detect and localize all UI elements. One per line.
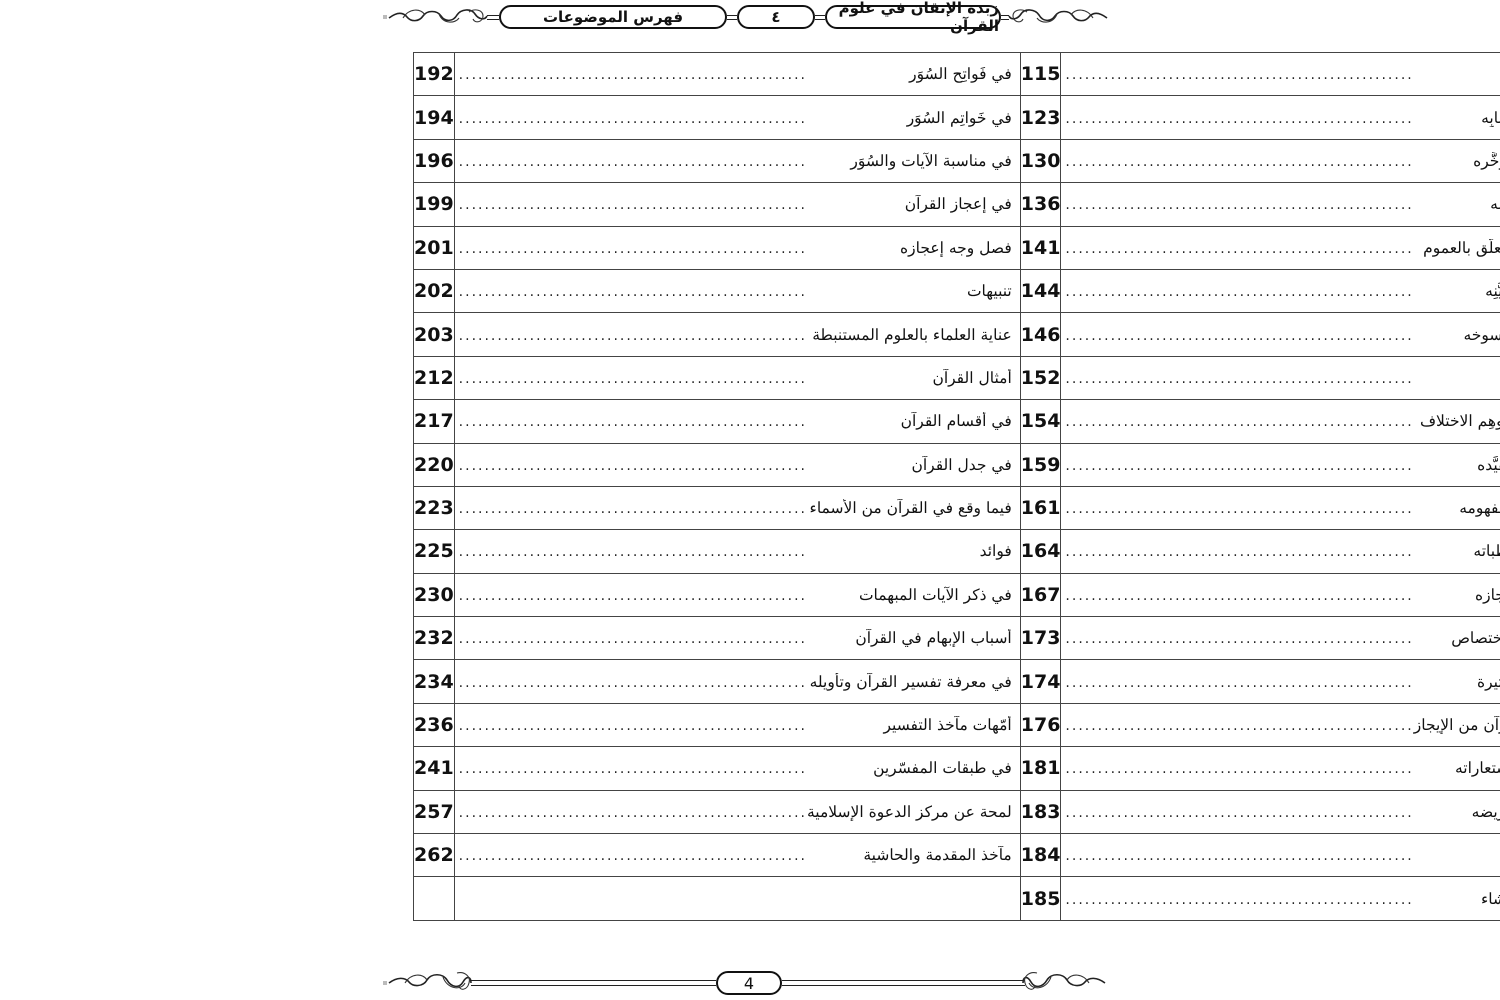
toc-entry: عناية العلماء بالعلوم المستنبطة.........… bbox=[455, 326, 1020, 344]
table-row: 202تنبيهات..............................… bbox=[414, 269, 1500, 312]
left-page-number: 257 bbox=[414, 790, 455, 833]
toc-entry-cell: في جدل القرآن...........................… bbox=[454, 443, 1020, 486]
left-page-number: 192 bbox=[414, 53, 455, 96]
left-entry-title: فصل وجه إعجازه bbox=[900, 239, 1012, 257]
dot-leader: ........................................… bbox=[459, 241, 900, 257]
right-entry-title: فروع منثورة تتعلّق بالعموم bbox=[1423, 239, 1500, 257]
right-page-number: 159 bbox=[1020, 443, 1061, 486]
toc-entry: في طبقات المفسّرين......................… bbox=[455, 759, 1020, 777]
left-entry-title: في أقسام القرآن bbox=[901, 412, 1012, 430]
toc-entry-cell: معرفة إعرابه............................… bbox=[1061, 53, 1500, 96]
toc-entry-cell: في الحصر والاختصاص......................… bbox=[1061, 617, 1500, 660]
left-entry-title: في مناسبة الآيات والسُوَر bbox=[850, 152, 1011, 170]
right-page-number: 152 bbox=[1020, 356, 1061, 399]
left-page-number: 202 bbox=[414, 269, 455, 312]
toc-entry: أسباب الإبهام في القرآن.................… bbox=[455, 629, 1020, 647]
right-page-number: 164 bbox=[1020, 530, 1061, 573]
toc-entry-cell: أمثال القرآن............................… bbox=[454, 356, 1020, 399]
toc-entry: في مناسبة الآيات والسُوَر...............… bbox=[455, 152, 1020, 170]
dot-leader: ........................................… bbox=[1065, 241, 1423, 257]
table-row: 223فيما وقع في القرآن من الأسماء........… bbox=[414, 486, 1500, 529]
right-entry-title: في مُجمَلِه ومُبيَّنِه bbox=[1485, 282, 1500, 300]
toc-entry-cell: في وجوه مخاطباته........................… bbox=[1061, 530, 1500, 573]
toc-entry: المُحكَم والمُتَشَابِه..................… bbox=[1061, 109, 1500, 127]
right-page-number: 141 bbox=[1020, 226, 1061, 269]
dot-leader: ........................................… bbox=[1065, 544, 1473, 560]
left-page-number: 220 bbox=[414, 443, 455, 486]
left-page-number: 225 bbox=[414, 530, 455, 573]
right-page-number: 181 bbox=[1020, 747, 1061, 790]
toc-entry-cell: في ذكر الآيات المبهمات..................… bbox=[454, 573, 1020, 616]
dot-leader: ........................................… bbox=[459, 284, 967, 300]
toc-entry: في مُشكِله ومُوهِم الاختلاف.............… bbox=[1061, 412, 1500, 430]
left-entry-title: في فَواتِح السُوَر bbox=[909, 65, 1012, 83]
toc-entry-cell: ما جاء في القرآن من الإيجاز.............… bbox=[1061, 703, 1500, 746]
right-entry-title: في حقيقته ومجازه bbox=[1475, 586, 1500, 604]
toc-entry: في مُجمَلِه ومُبيَّنِه..................… bbox=[1061, 282, 1500, 300]
dot-leader: ........................................… bbox=[459, 848, 864, 864]
toc-entry-cell: في معرفة تفسير القرآن وتأويله...........… bbox=[454, 660, 1020, 703]
right-page-number: 123 bbox=[1020, 96, 1061, 139]
right-page-number: 185 bbox=[1020, 877, 1061, 920]
left-page-number: 230 bbox=[414, 573, 455, 616]
toc-entry-cell: فوائد منثورة............................… bbox=[1061, 356, 1500, 399]
left-entry-title: عناية العلماء بالعلوم المستنبطة bbox=[812, 326, 1012, 344]
left-entry-title: لمحة عن مركز الدعوة الإسلامية bbox=[807, 803, 1012, 821]
left-page-number: 203 bbox=[414, 313, 455, 356]
toc-entry: في الحصر والاختصاص......................… bbox=[1061, 629, 1500, 647]
footer-left-ornament-icon bbox=[383, 969, 473, 995]
dot-leader: ........................................… bbox=[459, 675, 810, 691]
footer-page-number: 4 bbox=[716, 971, 782, 995]
toc-entry: طرق الحصر كثيرة.........................… bbox=[1061, 673, 1500, 691]
toc-entry-cell: في تشبيهه واستعاراته....................… bbox=[1061, 747, 1500, 790]
left-page-number: 194 bbox=[414, 96, 455, 139]
right-entry-title: في ناسخه ومنسوخه bbox=[1463, 326, 1500, 344]
dot-leader: ........................................… bbox=[459, 328, 813, 344]
dot-leader: ........................................… bbox=[1065, 111, 1481, 127]
toc-entry-cell: في الخبر والإنشاء.......................… bbox=[1061, 877, 1500, 920]
right-page-number: 115 bbox=[1020, 53, 1061, 96]
dot-leader: ........................................… bbox=[1065, 805, 1471, 821]
toc-entry-cell: تنبيهات.................................… bbox=[454, 269, 1020, 312]
left-entry-title: في ذكر الآيات المبهمات bbox=[859, 586, 1012, 604]
toc-entry: فروع منثورة تتعلّق بالعموم..............… bbox=[1061, 239, 1500, 257]
right-entry-title: المُحكَم والمُتَشَابِه bbox=[1481, 109, 1500, 127]
dot-leader: ........................................… bbox=[1065, 414, 1420, 430]
dot-leader: ........................................… bbox=[459, 67, 910, 83]
table-row: 262مآخذ المقدمة والحاشية................… bbox=[414, 834, 1500, 877]
left-entry-title: فوائد bbox=[980, 542, 1012, 560]
dot-leader: ........................................… bbox=[1065, 588, 1475, 604]
toc-entry: معرفة إعرابه............................… bbox=[1061, 65, 1500, 83]
right-page-number: 144 bbox=[1020, 269, 1061, 312]
toc-entry: فوائد...................................… bbox=[455, 542, 1020, 560]
toc-entry-cell: مآخذ المقدمة والحاشية...................… bbox=[454, 834, 1020, 877]
page-header: فهرس الموضوعات ٤ زبدة الإتقان في علوم ال… bbox=[383, 2, 1111, 32]
right-entry-title: في مقدَّمه ومؤخَّره bbox=[1473, 152, 1500, 170]
left-page-number: 234 bbox=[414, 660, 455, 703]
left-page-number: 199 bbox=[414, 183, 455, 226]
right-entry-title: في مُشكِله ومُوهِم الاختلاف bbox=[1420, 412, 1500, 430]
right-page-number: 184 bbox=[1020, 834, 1061, 877]
table-row: 212أمثال القرآن.........................… bbox=[414, 356, 1500, 399]
dot-leader: ........................................… bbox=[459, 588, 859, 604]
right-entry-title: في وجوه مخاطباته bbox=[1473, 542, 1500, 560]
left-page-number bbox=[414, 877, 455, 920]
right-page-number: 154 bbox=[1020, 400, 1061, 443]
dot-leader: ........................................… bbox=[1065, 284, 1485, 300]
right-page-number: 146 bbox=[1020, 313, 1061, 356]
table-row: 185في الخبر والإنشاء....................… bbox=[414, 877, 1500, 920]
toc-entry: مآخذ المقدمة والحاشية...................… bbox=[455, 846, 1020, 864]
left-entry-title: أمثال القرآن bbox=[932, 369, 1011, 387]
toc-entry-cell: في طبقات المفسّرين......................… bbox=[454, 747, 1020, 790]
toc-entry: في جدل القرآن...........................… bbox=[455, 456, 1020, 474]
toc-entry-cell: فوائد...................................… bbox=[454, 530, 1020, 573]
dot-leader: ........................................… bbox=[1065, 328, 1463, 344]
header-page-number: ٤ bbox=[737, 5, 815, 29]
dot-leader: ........................................… bbox=[459, 371, 933, 387]
dot-leader: ........................................… bbox=[459, 544, 980, 560]
toc-entry: في أقسام القرآن.........................… bbox=[455, 412, 1020, 430]
toc-entry: في حقيقته ومجازه........................… bbox=[1061, 586, 1500, 604]
table-row: 194في خَواتِم السُوَر...................… bbox=[414, 96, 1500, 139]
toc-entry-cell: أسباب الإبهام في القرآن.................… bbox=[454, 617, 1020, 660]
dot-leader: ........................................… bbox=[459, 501, 810, 517]
left-page-number: 232 bbox=[414, 617, 455, 660]
left-page-number: 201 bbox=[414, 226, 455, 269]
right-page-number: 130 bbox=[1020, 139, 1061, 182]
dot-leader: ........................................… bbox=[459, 414, 901, 430]
dot-leader: ........................................… bbox=[459, 718, 884, 734]
left-ornament-icon bbox=[383, 6, 493, 28]
table-row: 241في طبقات المفسّرين...................… bbox=[414, 747, 1500, 790]
left-entry-title: فيما وقع في القرآن من الأسماء bbox=[810, 499, 1012, 517]
dot-leader: ........................................… bbox=[459, 458, 912, 474]
toc-entry: في كناياته وتعريضه......................… bbox=[1061, 803, 1500, 821]
toc-entry: تنبيهات.................................… bbox=[455, 282, 1020, 300]
toc-entry: في عامّه وخاصّه.........................… bbox=[1061, 195, 1500, 213]
dot-leader: ........................................… bbox=[459, 154, 851, 170]
toc-entry-cell: في مُجمَلِه ومُبيَّنِه..................… bbox=[1061, 269, 1500, 312]
toc-entry-cell: في خَواتِم السُوَر......................… bbox=[454, 96, 1020, 139]
dot-leader: ........................................… bbox=[1065, 761, 1455, 777]
book-title: زبدة الإتقان في علوم القرآن bbox=[825, 5, 1001, 29]
left-page-number: 212 bbox=[414, 356, 455, 399]
toc-entry-cell: أُمّهات مآخذ التفسير....................… bbox=[454, 703, 1020, 746]
toc-entry-cell: المُحكَم والمُتَشَابِه..................… bbox=[1061, 96, 1500, 139]
dot-leader: ........................................… bbox=[1065, 718, 1413, 734]
toc-entry-cell: عناية العلماء بالعلوم المستنبطة.........… bbox=[454, 313, 1020, 356]
toc-entry: ما جاء في القرآن من الإيجاز.............… bbox=[1061, 716, 1500, 734]
toc-entry: فوائد منثورة............................… bbox=[1061, 369, 1500, 387]
right-page-number: 161 bbox=[1020, 486, 1061, 529]
toc-entry-cell: لمحة عن مركز الدعوة الإسلامية...........… bbox=[454, 790, 1020, 833]
table-row: 236أُمّهات مآخذ التفسير.................… bbox=[414, 703, 1500, 746]
dot-leader: ........................................… bbox=[1065, 458, 1477, 474]
table-row: 225فوائد................................… bbox=[414, 530, 1500, 573]
right-page-number: 176 bbox=[1020, 703, 1061, 746]
left-entry-title: في إعجاز القرآن bbox=[905, 195, 1012, 213]
left-page-number: 241 bbox=[414, 747, 455, 790]
dot-leader: ........................................… bbox=[1065, 892, 1481, 908]
right-page-number: 173 bbox=[1020, 617, 1061, 660]
toc-entry: التعريض.................................… bbox=[1061, 846, 1500, 864]
toc-entry: أُمّهات مآخذ التفسير....................… bbox=[455, 716, 1020, 734]
toc-entry-cell: في مُطلَقِه ومُقيَّده...................… bbox=[1061, 443, 1500, 486]
page-footer: 4 bbox=[383, 967, 1111, 997]
toc-entry-cell: في مقدَّمه ومؤخَّره.....................… bbox=[1061, 139, 1500, 182]
toc-entry: في الخبر والإنشاء.......................… bbox=[1061, 890, 1500, 908]
left-entry-title: تنبيهات bbox=[967, 282, 1012, 300]
toc-entry-cell: في مُشكِله ومُوهِم الاختلاف.............… bbox=[1061, 400, 1500, 443]
right-entry-title: في مُطلَقِه ومُقيَّده bbox=[1477, 456, 1500, 474]
dot-leader: ........................................… bbox=[1065, 631, 1451, 647]
left-page-number: 217 bbox=[414, 400, 455, 443]
toc-entry-cell: في إعجاز القرآن.........................… bbox=[454, 183, 1020, 226]
toc-entry: في إعجاز القرآن.........................… bbox=[455, 195, 1020, 213]
dot-leader: ........................................… bbox=[459, 805, 807, 821]
toc-entry: في ذكر الآيات المبهمات..................… bbox=[455, 586, 1020, 604]
left-entry-title: أُمّهات مآخذ التفسير bbox=[883, 716, 1011, 734]
right-entry-title: في الحصر والاختصاص bbox=[1451, 629, 1500, 647]
toc-entry-cell: في منطوقه ومفهومه.......................… bbox=[1061, 486, 1500, 529]
toc-entry: في تشبيهه واستعاراته....................… bbox=[1061, 759, 1500, 777]
table-row: 234في معرفة تفسير القرآن وتأويله........… bbox=[414, 660, 1500, 703]
dot-leader: ........................................… bbox=[1065, 154, 1473, 170]
dot-leader: ........................................… bbox=[459, 761, 873, 777]
toc-entry-cell: التعريض.................................… bbox=[1061, 834, 1500, 877]
toc-entry-cell: في عامّه وخاصّه.........................… bbox=[1061, 183, 1500, 226]
toc-entry: لمحة عن مركز الدعوة الإسلامية...........… bbox=[455, 803, 1020, 821]
toc-entry-cell: في ناسخه ومنسوخه........................… bbox=[1061, 313, 1500, 356]
toc-entry: في ناسخه ومنسوخه........................… bbox=[1061, 326, 1500, 344]
toc-entry: فيما وقع في القرآن من الأسماء...........… bbox=[455, 499, 1020, 517]
left-entry-title: في خَواتِم السُوَر bbox=[907, 109, 1012, 127]
dot-leader: ........................................… bbox=[1065, 501, 1459, 517]
table-row: 217في أقسام القرآن......................… bbox=[414, 400, 1500, 443]
right-entry-title: في كناياته وتعريضه bbox=[1472, 803, 1500, 821]
toc-entry: في وجوه مخاطباته........................… bbox=[1061, 542, 1500, 560]
dot-leader: ........................................… bbox=[459, 111, 907, 127]
toc-entry: في منطوقه ومفهومه.......................… bbox=[1061, 499, 1500, 517]
dot-leader: ........................................… bbox=[1065, 848, 1500, 864]
toc-entry: فصل وجه إعجازه..........................… bbox=[455, 239, 1020, 257]
right-entry-title: في منطوقه ومفهومه bbox=[1459, 499, 1500, 517]
dot-leader: ........................................… bbox=[459, 197, 905, 213]
left-page-number: 262 bbox=[414, 834, 455, 877]
dot-leader: ........................................… bbox=[1065, 675, 1477, 691]
left-entry-title: مآخذ المقدمة والحاشية bbox=[863, 846, 1011, 864]
toc-entry-cell: في مناسبة الآيات والسُوَر...............… bbox=[454, 139, 1020, 182]
dot-leader: ........................................… bbox=[459, 631, 856, 647]
table-row: 196في مناسبة الآيات والسُوَر............… bbox=[414, 139, 1500, 182]
footer-right-ornament-icon bbox=[1021, 969, 1111, 995]
toc-entry: في مقدَّمه ومؤخَّره.....................… bbox=[1061, 152, 1500, 170]
toc-entry-cell bbox=[454, 877, 1020, 920]
right-entry-title: في تشبيهه واستعاراته bbox=[1455, 759, 1500, 777]
table-row: 203عناية العلماء بالعلوم المستنبطة......… bbox=[414, 313, 1500, 356]
toc-entry: في فَواتِح السُوَر......................… bbox=[455, 65, 1020, 83]
toc-entry-cell: فصل وجه إعجازه..........................… bbox=[454, 226, 1020, 269]
table-row: 199في إعجاز القرآن......................… bbox=[414, 183, 1500, 226]
toc-entry: في خَواتِم السُوَر......................… bbox=[455, 109, 1020, 127]
left-page-number: 236 bbox=[414, 703, 455, 746]
right-entry-title: ما جاء في القرآن من الإيجاز bbox=[1414, 716, 1500, 734]
dot-leader: ........................................… bbox=[1065, 371, 1500, 387]
table-row: 232أسباب الإبهام في القرآن..............… bbox=[414, 617, 1500, 660]
right-page-number: 183 bbox=[1020, 790, 1061, 833]
left-entry-title: أسباب الإبهام في القرآن bbox=[855, 629, 1011, 647]
right-entry-title: في الخبر والإنشاء bbox=[1481, 890, 1500, 908]
table-row: 230في ذكر الآيات المبهمات...............… bbox=[414, 573, 1500, 616]
left-entry-title: في معرفة تفسير القرآن وتأويله bbox=[810, 673, 1012, 691]
left-entry-title: في طبقات المفسّرين bbox=[873, 759, 1012, 777]
left-page-number: 196 bbox=[414, 139, 455, 182]
table-row: 257لمحة عن مركز الدعوة الإسلامية........… bbox=[414, 790, 1500, 833]
right-entry-title: في عامّه وخاصّه bbox=[1490, 195, 1500, 213]
toc-entry: في مُطلَقِه ومُقيَّده...................… bbox=[1061, 456, 1500, 474]
right-page-number: 167 bbox=[1020, 573, 1061, 616]
right-entry-title: طرق الحصر كثيرة bbox=[1477, 673, 1500, 691]
right-ornament-icon bbox=[1003, 6, 1113, 28]
table-row: 192في فَواتِح السُوَر...................… bbox=[414, 53, 1500, 96]
dot-leader: ........................................… bbox=[1065, 67, 1500, 83]
right-page-number: 174 bbox=[1020, 660, 1061, 703]
toc-entry: أمثال القرآن............................… bbox=[455, 369, 1020, 387]
dot-leader: ........................................… bbox=[1065, 197, 1490, 213]
toc-entry-cell: فروع منثورة تتعلّق بالعموم..............… bbox=[1061, 226, 1500, 269]
toc-entry-cell: في فَواتِح السُوَر......................… bbox=[454, 53, 1020, 96]
toc-table: 192في فَواتِح السُوَر...................… bbox=[413, 52, 1500, 921]
left-page-number: 223 bbox=[414, 486, 455, 529]
section-title: فهرس الموضوعات bbox=[499, 5, 727, 29]
toc-entry-cell: فيما وقع في القرآن من الأسماء...........… bbox=[454, 486, 1020, 529]
toc-entry-cell: في أقسام القرآن.........................… bbox=[454, 400, 1020, 443]
table-row: 220في جدل القرآن........................… bbox=[414, 443, 1500, 486]
left-entry-title: في جدل القرآن bbox=[911, 456, 1011, 474]
toc-entry-cell: في كناياته وتعريضه......................… bbox=[1061, 790, 1500, 833]
toc-entry-cell: في حقيقته ومجازه........................… bbox=[1061, 573, 1500, 616]
toc-entry-cell: طرق الحصر كثيرة.........................… bbox=[1061, 660, 1500, 703]
table-row: 201فصل وجه إعجازه.......................… bbox=[414, 226, 1500, 269]
toc-entry: في معرفة تفسير القرآن وتأويله...........… bbox=[455, 673, 1020, 691]
right-page-number: 136 bbox=[1020, 183, 1061, 226]
